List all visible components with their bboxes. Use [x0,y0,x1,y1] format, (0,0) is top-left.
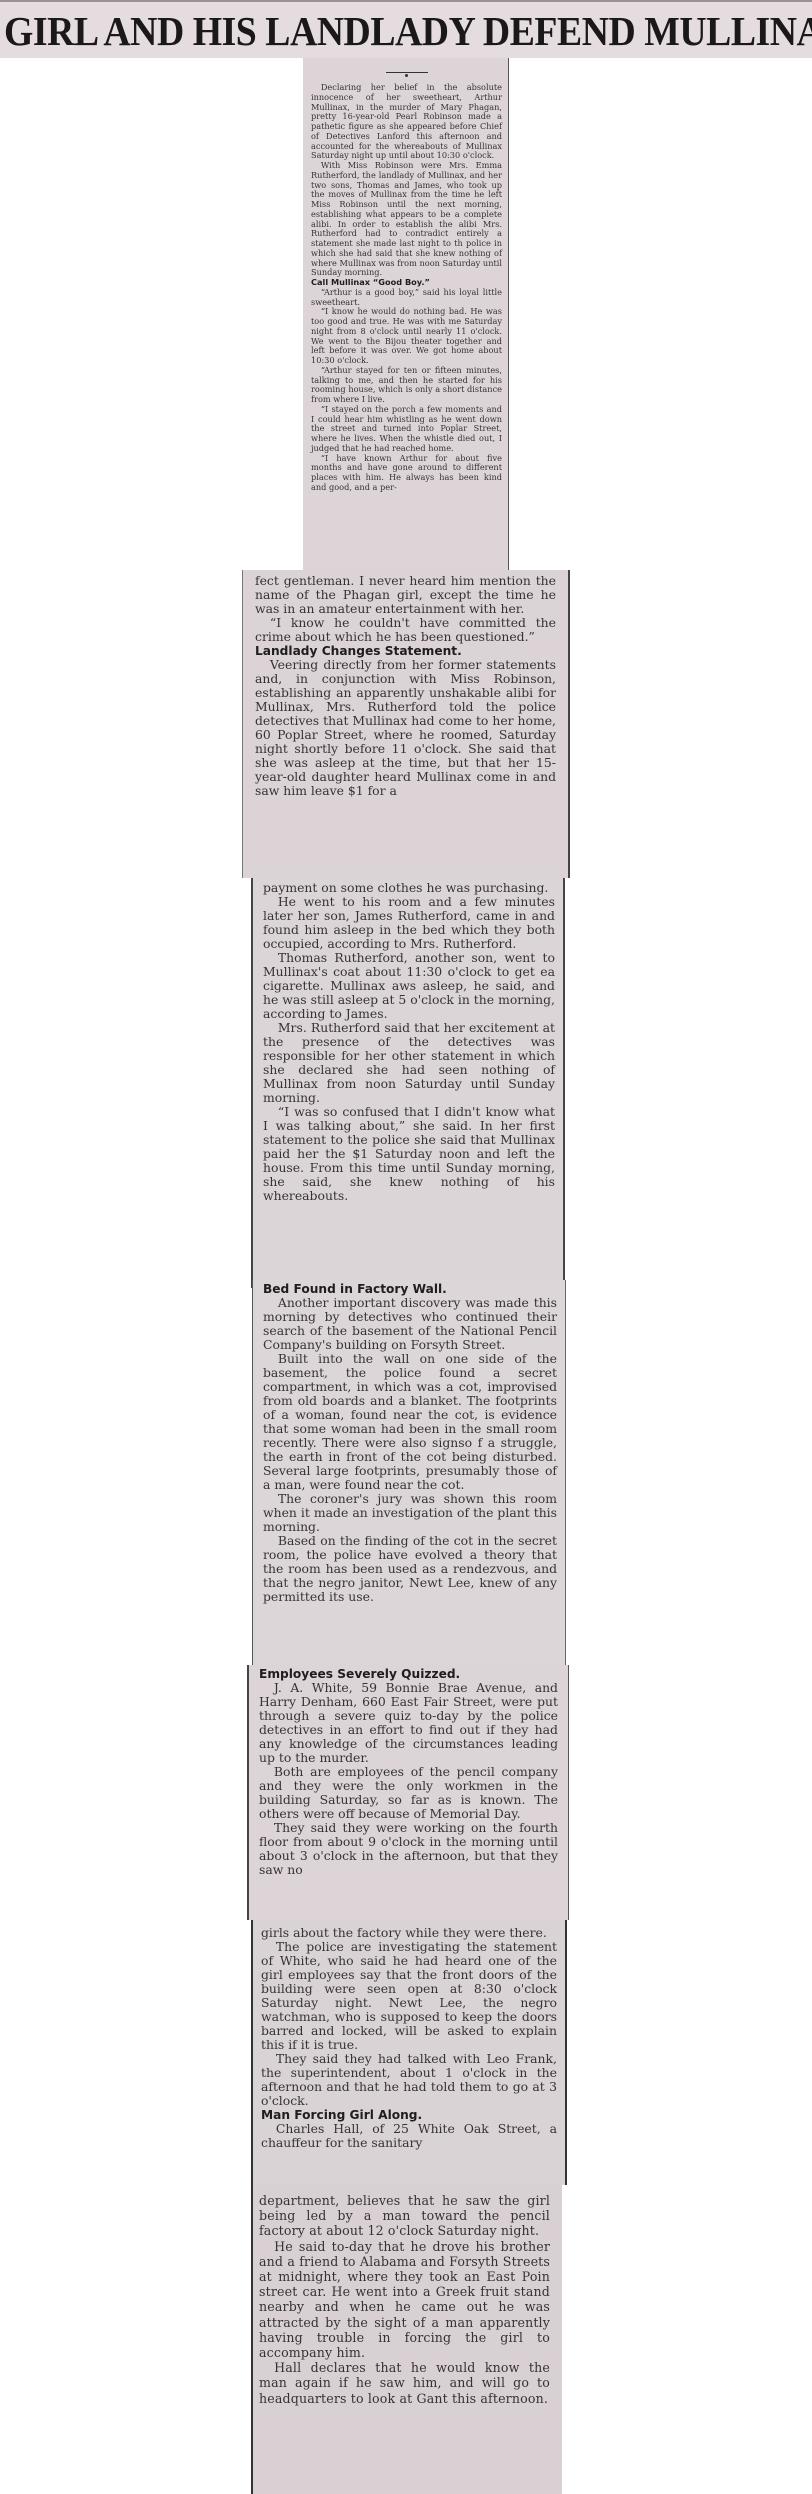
paragraph: Declaring her belief in the absolute inn… [311,83,502,161]
paragraph: Another important discovery was made thi… [263,1296,557,1352]
paragraph: Based on the finding of the cot in the s… [263,1534,557,1604]
paragraph: He went to his room and a few minutes la… [263,895,555,951]
subheading: Landlady Changes Statement. [255,644,556,658]
paragraph: “I know he couldn't have committed the c… [255,616,556,644]
separator-dot [405,74,408,77]
paragraph: Veering directly from her former stateme… [255,658,556,798]
paragraph: Thomas Rutherford, another son, went to … [263,951,555,1021]
clipping-segment-4: Bed Found in Factory Wall. Another impor… [252,1280,566,1665]
paragraph: Both are employees of the pencil company… [259,1765,558,1821]
clipping-segment-2: fect gentleman. I never heard him mentio… [242,570,570,878]
paragraph: “I stayed on the porch a few moments and… [311,405,502,454]
paragraph: Mrs. Rutherford said that her excitement… [263,1021,555,1105]
paragraph: “I have known Arthur for about five mont… [311,454,502,493]
paragraph: “Arthur is a good boy,” said his loyal l… [311,288,502,308]
clipping-segment-5: Employees Severely Quizzed. J. A. White,… [247,1665,569,1920]
clipping-segment-7: department, believes that he saw the gir… [251,2185,562,2494]
paragraph: J. A. White, 59 Bonnie Brae Avenue, and … [259,1681,558,1765]
paragraph: With Miss Robinson were Mrs. Emma Ruther… [311,161,502,278]
subheading: Employees Severely Quizzed. [259,1667,558,1681]
paragraph: “I know he would do nothing bad. He was … [311,307,502,366]
clipping-segment-6: girls about the factory while they were … [251,1920,567,2185]
paragraph: fect gentleman. I never heard him mentio… [255,574,556,616]
subheading: Bed Found in Factory Wall. [263,1282,557,1296]
paragraph: “I was so confused that I didn't know wh… [263,1105,555,1203]
paragraph: The police are investigating the stateme… [261,1940,557,2052]
clipping-segment-1: Declaring her belief in the absolute inn… [303,58,509,570]
paragraph: “Arthur stayed for ten or fifteen minute… [311,366,502,405]
paragraph: department, believes that he saw the gir… [259,2193,550,2239]
headline-banner: GIRL AND HIS LANDLADY DEFEND MULLINAX [0,0,812,58]
separator-rule [386,72,428,73]
subheading: Man Forcing Girl Along. [261,2108,557,2122]
paragraph: The coroner's jury was shown this room w… [263,1492,557,1534]
paragraph: girls about the factory while they were … [261,1926,557,1940]
headline: GIRL AND HIS LANDLADY DEFEND MULLINAX [4,6,744,56]
paragraph: Built into the wall on one side of the b… [263,1352,557,1492]
paragraph: He said to-day that he drove his brother… [259,2239,550,2361]
paragraph: Charles Hall, of 25 White Oak Street, a … [261,2122,557,2150]
clipping-segment-3: payment on some clothes he was purchasin… [251,878,565,1288]
paragraph: They said they had talked with Leo Frank… [261,2052,557,2108]
paragraph: payment on some clothes he was purchasin… [263,881,555,895]
paragraph: They said they were working on the fourt… [259,1821,558,1877]
paragraph: Hall declares that he would know the man… [259,2360,550,2406]
